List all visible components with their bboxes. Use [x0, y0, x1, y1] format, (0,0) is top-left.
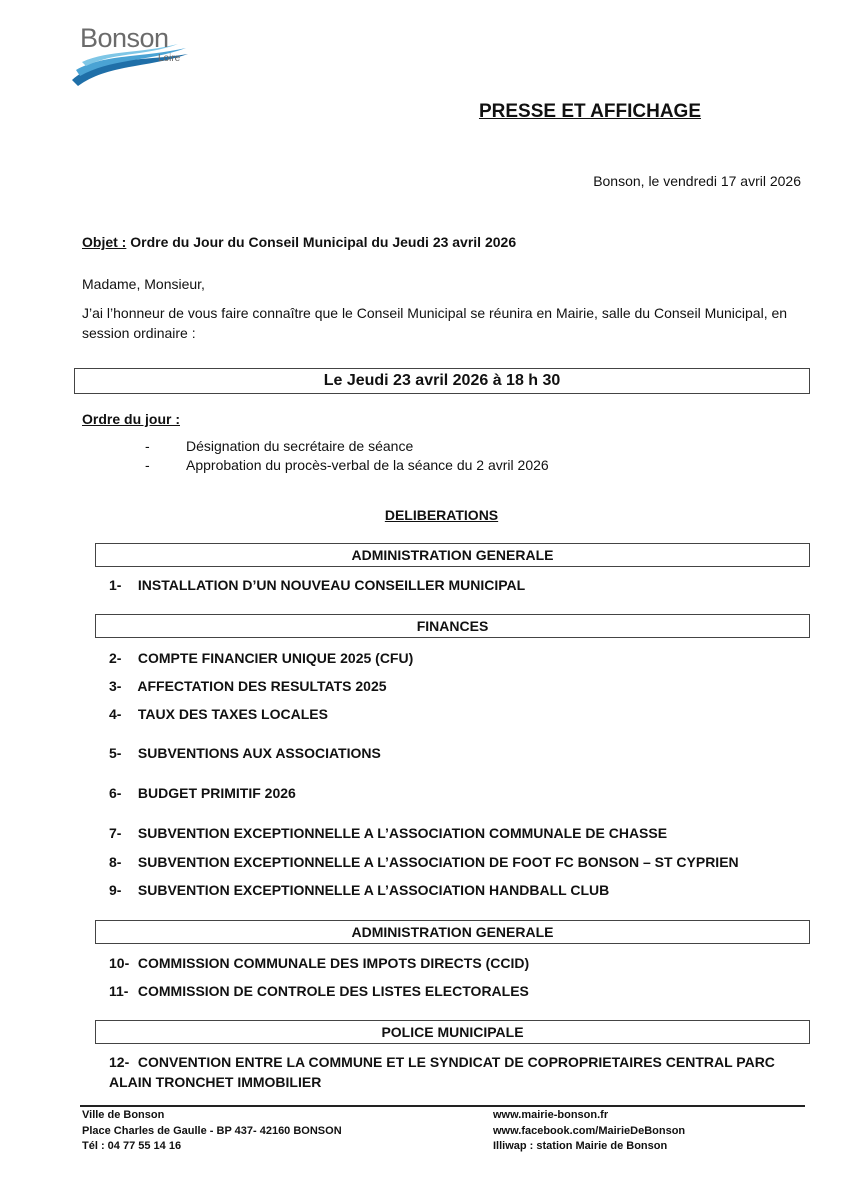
section-header-finances: FINANCES	[95, 614, 810, 638]
footer-website-link[interactable]: www.mairie-bonson.fr	[493, 1108, 685, 1124]
item-number: 9-	[109, 880, 134, 900]
subject-label: Objet :	[82, 234, 126, 250]
item-text: CONVENTION ENTRE LA COMMUNE ET LE SYNDIC…	[109, 1054, 775, 1090]
deliberation-item: 9- SUBVENTION EXCEPTIONNELLE A L’ASSOCIA…	[109, 880, 809, 900]
item-number: 2-	[109, 648, 134, 668]
deliberation-item: 12- CONVENTION ENTRE LA COMMUNE ET LE SY…	[109, 1052, 809, 1092]
salutation: Madame, Monsieur,	[82, 276, 205, 292]
item-number: 7-	[109, 823, 134, 843]
item-number: 12-	[109, 1052, 134, 1072]
item-text: SUBVENTION EXCEPTIONNELLE A L’ASSOCIATIO…	[138, 854, 739, 870]
item-text: COMPTE FINANCIER UNIQUE 2025 (CFU)	[138, 650, 413, 666]
subject-text: Ordre du Jour du Conseil Municipal du Je…	[130, 234, 516, 250]
page-title: PRESSE ET AFFICHAGE	[0, 101, 863, 123]
item-number: 1-	[109, 575, 134, 595]
footer-town: Ville de Bonson	[82, 1108, 342, 1124]
deliberation-item: 4- TAUX DES TAXES LOCALES	[109, 704, 809, 724]
agenda-label: Ordre du jour :	[82, 411, 180, 427]
section-header-administration-2: ADMINISTRATION GENERALE	[95, 920, 810, 944]
deliberations-heading: DELIBERATIONS	[0, 507, 863, 523]
item-text: SUBVENTION EXCEPTIONNELLE A L’ASSOCIATIO…	[138, 882, 609, 898]
item-number: 3-	[109, 676, 134, 696]
item-text: SUBVENTIONS AUX ASSOCIATIONS	[138, 745, 381, 761]
bonson-logo: Bonson Loire	[68, 18, 198, 96]
item-text: TAUX DES TAXES LOCALES	[138, 706, 328, 722]
meeting-date-box: Le Jeudi 23 avril 2026 à 18 h 30	[74, 368, 810, 394]
section-header-police: POLICE MUNICIPALE	[95, 1020, 810, 1044]
item-number: 11-	[109, 981, 134, 1001]
item-number: 4-	[109, 704, 134, 724]
footer-phone: Tél : 04 77 55 14 16	[82, 1139, 342, 1155]
footer-divider	[80, 1105, 805, 1107]
deliberation-item: 5- SUBVENTIONS AUX ASSOCIATIONS	[109, 743, 809, 763]
item-number: 5-	[109, 743, 134, 763]
subject-line: Objet : Ordre du Jour du Conseil Municip…	[82, 234, 516, 250]
deliberation-item: 8- SUBVENTION EXCEPTIONNELLE A L’ASSOCIA…	[109, 852, 809, 872]
item-number: 6-	[109, 783, 134, 803]
footer-illiwap: Illiwap : station Mairie de Bonson	[493, 1139, 685, 1155]
footer-facebook-link[interactable]: www.facebook.com/MairieDeBonson	[493, 1124, 685, 1140]
intro-paragraph: J’ai l’honneur de vous faire connaître q…	[82, 303, 812, 343]
agenda-item: Approbation du procès-verbal de la séanc…	[145, 456, 549, 475]
footer-street: Place Charles de Gaulle - BP 437- 42160 …	[82, 1124, 342, 1140]
section-header-administration: ADMINISTRATION GENERALE	[95, 543, 810, 567]
footer-links: www.mairie-bonson.fr www.facebook.com/Ma…	[493, 1108, 685, 1155]
deliberation-item: 11- COMMISSION DE CONTROLE DES LISTES EL…	[109, 981, 809, 1001]
item-text: COMMISSION DE CONTROLE DES LISTES ELECTO…	[138, 983, 529, 999]
logo-subtitle: Loire	[158, 53, 180, 64]
deliberation-item: 2- COMPTE FINANCIER UNIQUE 2025 (CFU)	[109, 648, 809, 668]
item-text: INSTALLATION D’UN NOUVEAU CONSEILLER MUN…	[138, 577, 525, 593]
deliberation-item: 1- INSTALLATION D’UN NOUVEAU CONSEILLER …	[109, 575, 809, 595]
agenda-item: Désignation du secrétaire de séance	[145, 437, 549, 456]
item-text: AFFECTATION DES RESULTATS 2025	[137, 678, 386, 694]
footer-address: Ville de Bonson Place Charles de Gaulle …	[82, 1108, 342, 1155]
deliberation-item: 3- AFFECTATION DES RESULTATS 2025	[109, 676, 809, 696]
item-text: BUDGET PRIMITIF 2026	[138, 785, 296, 801]
agenda-list: Désignation du secrétaire de séance Appr…	[145, 437, 549, 475]
deliberation-item: 7- SUBVENTION EXCEPTIONNELLE A L’ASSOCIA…	[109, 823, 809, 843]
deliberation-item: 10- COMMISSION COMMUNALE DES IMPOTS DIRE…	[109, 953, 809, 973]
logo-name: Bonson	[80, 23, 169, 54]
item-text: COMMISSION COMMUNALE DES IMPOTS DIRECTS …	[138, 955, 529, 971]
letter-date: Bonson, le vendredi 17 avril 2026	[593, 173, 801, 189]
deliberation-item: 6- BUDGET PRIMITIF 2026	[109, 783, 809, 803]
item-text: SUBVENTION EXCEPTIONNELLE A L’ASSOCIATIO…	[138, 825, 667, 841]
item-number: 10-	[109, 953, 134, 973]
item-number: 8-	[109, 852, 134, 872]
